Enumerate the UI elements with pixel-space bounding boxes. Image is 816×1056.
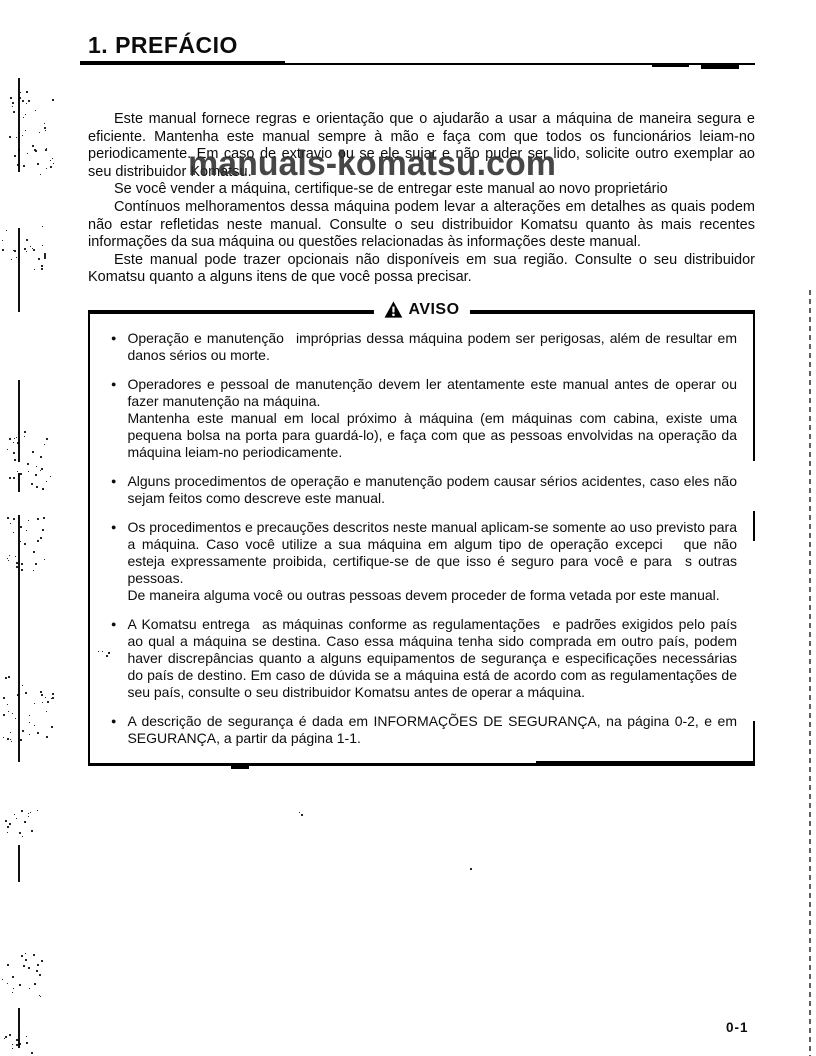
scan-speckle-artifact [46,438,48,440]
bullet-marker: ● [104,616,116,701]
scan-speckle-artifact [34,983,36,985]
scan-speckle-artifact [9,1034,11,1036]
scan-speckle-artifact [35,563,37,565]
scan-speckle-artifact [15,718,16,719]
warning-item: ● A Komatsu entrega as máquinas conforme… [104,616,737,701]
scan-speckle-artifact [3,714,5,716]
scan-speckle-artifact [12,1048,13,1049]
scan-speckle-artifact [12,106,13,107]
scan-speckle-artifact [13,452,15,454]
warning-item-text: A descrição de segurança é dada em INFOR… [127,713,737,747]
scan-speckle-artifact [50,476,51,477]
scan-speckle-artifact [40,537,42,539]
scan-speckle-artifact [12,102,14,104]
underline-right-dash-2 [701,65,739,69]
scan-speckle-artifact [36,466,37,467]
scan-speckle-artifact [34,269,35,270]
scan-speckle-artifact [10,97,12,99]
scan-speckle-artifact [24,436,25,437]
scan-speckle-artifact [50,160,51,161]
scan-speckle-artifact [37,964,39,966]
scan-speckle-artifact [43,517,45,519]
scan-speckle-artifact [22,836,23,837]
scan-speckle-artifact [52,693,54,695]
scan-speckle-artifact [40,691,42,693]
scan-speckle-artifact [3,737,4,738]
scan-speckle-artifact [37,163,39,165]
scan-speckle-artifact [14,459,16,461]
scan-artifact-right-edge [809,290,811,1056]
scan-speckle-artifact [28,100,30,102]
intro-paragraph: Este manual pode trazer opcionais não di… [88,252,755,287]
scan-speckle-artifact [52,99,54,101]
scan-speckle-artifact [11,259,12,260]
scan-speckle-artifact [11,741,12,742]
scan-speckle-artifact [46,481,47,482]
scan-speckle-artifact [26,530,27,531]
scan-speckle-artifact [5,677,7,679]
scan-speckle-artifact [28,520,29,521]
scan-speckle-artifact [299,812,300,813]
warning-item: ● Os procedimentos e precauções descrito… [104,519,737,604]
scan-speckle-artifact [470,868,472,870]
scan-line-artifact [18,845,20,882]
scan-speckle-artifact [19,267,20,268]
bullet-marker: ● [104,376,116,461]
scan-speckle-artifact [28,967,30,969]
scan-speckle-artifact [16,1044,18,1046]
scan-speckle-artifact [42,702,43,703]
warning-item-text: Operadores e pessoal de manutenção devem… [127,376,737,461]
scan-speckle-artifact [16,562,18,564]
scan-speckle-artifact [18,149,20,151]
scan-speckle-artifact [17,694,19,696]
scan-speckle-artifact [34,703,35,704]
scan-speckle-artifact [42,226,43,227]
scan-speckle-artifact [12,992,13,993]
scan-speckle-artifact [35,150,37,152]
scan-speckle-artifact [45,149,47,151]
scan-speckle-artifact [17,164,19,166]
scan-speckle-artifact [10,739,11,740]
warning-title: AVISO [408,301,459,319]
scan-speckle-artifact [9,555,10,556]
bullet-marker: ● [104,519,116,604]
scan-speckle-artifact [30,246,31,247]
scan-speckle-artifact [7,832,8,833]
scan-speckle-artifact [31,830,33,832]
scan-speckle-artifact [25,959,27,961]
scan-speckle-artifact [14,814,15,815]
scan-speckle-artifact [22,100,24,102]
scan-speckle-artifact [13,518,15,520]
scan-speckle-artifact [26,1036,27,1037]
scan-speckle-artifact [25,953,26,954]
bottom-border-thick-segment [536,761,755,766]
scan-speckle-artifact [16,257,17,258]
scan-speckle-artifact [13,532,14,533]
scan-speckle-artifact [7,704,8,705]
scan-speckle-artifact [24,248,26,250]
scan-speckle-artifact [12,713,13,714]
scan-speckle-artifact [98,651,99,652]
scan-speckle-artifact [39,995,40,996]
scan-speckle-artifact [2,979,3,980]
scan-speckle-artifact [41,468,43,470]
scan-speckle-artifact [14,155,16,157]
scan-speckle-artifact [25,114,26,115]
page-content: 1. PREFÁCIO Este manual fornece regras e… [88,32,755,766]
scan-speckle-artifact [7,738,9,740]
scan-speckle-artifact [13,477,15,479]
scan-speckle-artifact [42,529,44,531]
scan-speckle-artifact [14,438,15,439]
scan-speckle-artifact [43,489,44,490]
scan-speckle-artifact [37,732,39,734]
scan-speckle-artifact [44,444,45,445]
scan-speckle-artifact [10,732,11,733]
scan-speckle-artifact [21,955,23,957]
scan-speckle-artifact [7,826,9,828]
scan-speckle-artifact [19,1043,21,1045]
scan-speckle-artifact [26,251,27,252]
scan-speckle-artifact [35,474,37,476]
scan-speckle-artifact [39,132,40,133]
warning-item-text: Alguns procedimentos de operação e manut… [127,473,737,507]
warning-item-text: A Komatsu entrega as máquinas conforme a… [127,616,737,701]
scan-speckle-artifact [20,739,22,741]
warning-item: ● A descrição de segurança é dada em INF… [104,713,737,747]
scan-speckle-artifact [7,558,8,559]
scan-speckle-artifact [20,473,22,475]
scan-speckle-artifact [14,250,16,252]
scan-speckle-artifact [34,725,35,726]
scan-speckle-artifact [22,135,23,136]
scan-speckle-artifact [6,230,7,231]
intro-section: Este manual fornece regras e orientação … [88,111,755,287]
scan-speckle-artifact [18,122,19,123]
scan-speckle-artifact [40,174,41,175]
scan-speckle-artifact [16,818,17,819]
scan-speckle-artifact [29,722,30,723]
scan-speckle-artifact [13,442,14,443]
scan-speckle-artifact [19,1031,20,1032]
scan-speckle-artifact [39,974,41,976]
scan-speckle-artifact [45,697,46,698]
scan-speckle-artifact [19,984,21,986]
scan-speckle-artifact [301,814,303,816]
scan-speckle-artifact [27,153,28,154]
title-underline [80,61,755,69]
scan-speckle-artifact [50,166,52,168]
scan-speckle-artifact [40,996,41,997]
scan-speckle-artifact [24,431,26,433]
scan-speckle-artifact [16,566,18,568]
scan-speckle-artifact [21,563,23,565]
scan-speckle-artifact [41,265,43,267]
scan-speckle-artifact [13,988,14,989]
scan-speckle-artifact [23,165,25,167]
warning-item-text: Operação e manutenção impróprias dessa m… [127,330,737,364]
scan-speckle-artifact [36,970,38,972]
page-number: 0-1 [726,1020,749,1035]
scan-speckle-artifact [46,736,48,738]
scan-speckle-artifact [28,471,29,472]
intro-paragraph: Contínuos melhoramentos dessa máquina po… [88,199,755,252]
scan-speckle-artifact [33,551,35,553]
scan-speckle-artifact [26,1042,28,1044]
scan-speckle-artifact [41,960,43,962]
scan-speckle-artifact [41,268,43,270]
scan-speckle-artifact [29,734,30,735]
scan-speckle-artifact [27,463,29,465]
scan-speckle-artifact [7,983,8,984]
scan-speckle-artifact [16,437,17,438]
scan-speckle-artifact [21,810,23,812]
scan-speckle-artifact [32,145,34,147]
scan-speckle-artifact [26,239,28,241]
scan-speckle-artifact [5,1036,7,1038]
scan-speckle-artifact [8,560,9,561]
scan-speckle-artifact [12,1044,13,1045]
warning-item: ● Alguns procedimentos de operação e man… [104,473,737,507]
scan-speckle-artifact [24,543,26,545]
warning-header: AVISO [373,301,469,319]
warning-box: AVISO ● Operação e manutenção impróprias… [88,310,755,766]
scan-speckle-artifact [7,517,9,519]
scan-speckle-artifact [35,110,36,111]
scan-speckle-artifact [33,249,35,251]
scan-speckle-artifact [28,813,29,814]
scan-speckle-artifact [25,692,27,694]
scan-speckle-artifact [15,556,16,557]
scan-speckle-artifact [46,711,47,712]
scan-speckle-artifact [36,486,38,488]
scan-speckle-artifact [9,477,11,479]
scan-speckle-artifact [44,559,45,560]
scan-speckle-artifact [51,726,53,728]
scan-speckle-artifact [33,954,35,956]
scan-speckle-artifact [31,1052,33,1054]
scan-speckle-artifact [46,168,47,169]
scan-speckle-artifact [9,136,11,138]
scan-speckle-artifact [29,988,30,989]
scan-speckle-artifact [28,816,29,817]
scan-speckle-artifact [19,832,21,834]
scan-speckle-artifact [4,1038,5,1039]
scan-speckle-artifact [44,123,45,124]
warning-triangle-icon [383,301,402,318]
scan-speckle-artifact [25,822,26,823]
scan-speckle-artifact [102,651,103,652]
scan-line-artifact [18,515,20,762]
scan-speckle-artifact [20,92,21,93]
page-title: 1. PREFÁCIO [88,32,755,58]
scan-speckle-artifact [44,127,46,129]
watermark: manuals-komatsu.com [188,144,556,184]
scan-speckle-artifact [37,810,38,811]
intro-paragraph: Se você vender a máquina, certifique-se … [88,181,755,199]
scan-speckle-artifact [44,255,46,257]
scan-speckle-artifact [108,652,110,654]
scan-speckle-artifact [7,449,8,450]
warning-item: ● Operadores e pessoal de manutenção dev… [104,376,737,461]
bullet-marker: ● [104,330,116,364]
scan-speckle-artifact [40,456,42,458]
scan-speckle-artifact [13,111,15,113]
scan-speckle-artifact [31,483,33,485]
scan-speckle-artifact [9,438,11,440]
scan-speckle-artifact [2,240,3,241]
scan-speckle-artifact [44,257,46,259]
scan-speckle-artifact [9,823,11,825]
scan-speckle-artifact [19,677,20,678]
underline-right-dash-1 [652,63,689,67]
scan-speckle-artifact [2,249,4,251]
scan-speckle-artifact [37,540,39,542]
scan-speckle-artifact [20,526,22,528]
scan-speckle-artifact [52,158,53,159]
scan-speckle-artifact [53,163,54,164]
scan-border-gap [753,541,755,721]
scan-speckle-artifact [41,694,43,696]
scan-speckle-artifact [25,130,26,131]
bullet-marker: ● [104,473,116,507]
scan-speckle-artifact [42,245,43,246]
scan-speckle-artifact [37,518,39,520]
bullet-marker: ● [104,713,116,747]
scan-speckle-artifact [33,570,34,571]
scan-speckle-artifact [52,697,54,699]
scan-speckle-artifact [5,820,7,822]
scan-speckle-artifact [18,252,19,253]
scan-line-artifact [18,473,20,492]
scan-speckle-artifact [17,471,18,472]
scan-speckle-artifact [21,569,23,571]
scan-speckle-artifact [8,711,9,712]
scan-speckle-artifact [17,442,19,444]
scan-speckle-artifact [7,964,9,966]
scan-speckle-artifact [23,965,25,967]
scan-speckle-artifact [26,103,27,104]
scan-speckle-artifact [13,250,14,251]
warning-list: ● Operação e manutenção impróprias dessa… [104,330,737,747]
warning-item-text: Os procedimentos e precauções descritos … [127,519,737,604]
scan-speckle-artifact [26,91,28,93]
bottom-border-dash-artifact [231,766,249,769]
scan-speckle-artifact [10,523,11,524]
scan-speckle-artifact [8,676,10,678]
scan-border-gap [753,461,755,511]
scan-speckle-artifact [16,1039,18,1041]
scan-speckle-artifact [106,655,108,657]
scan-speckle-artifact [47,701,49,703]
scan-speckle-artifact [30,812,31,813]
scan-line-artifact [18,380,20,462]
scan-speckle-artifact [45,130,46,131]
scan-speckle-artifact [40,470,41,471]
scan-speckle-artifact [22,730,24,732]
scan-speckle-artifact [3,697,5,699]
underline-thick-segment [80,61,285,65]
scan-speckle-artifact [23,117,24,118]
scan-speckle-artifact [29,715,30,716]
warning-item: ● Operação e manutenção impróprias dessa… [104,330,737,364]
scan-speckle-artifact [20,541,21,542]
scan-speckle-artifact [12,976,14,978]
scan-speckle-artifact [22,685,23,686]
scan-speckle-artifact [38,258,40,260]
scan-speckle-artifact [16,137,17,138]
manual-page: manuals-komatsu.com 1. PREFÁCIO Este man… [0,0,816,1056]
scan-speckle-artifact [32,451,34,453]
scan-line-artifact [18,228,20,312]
